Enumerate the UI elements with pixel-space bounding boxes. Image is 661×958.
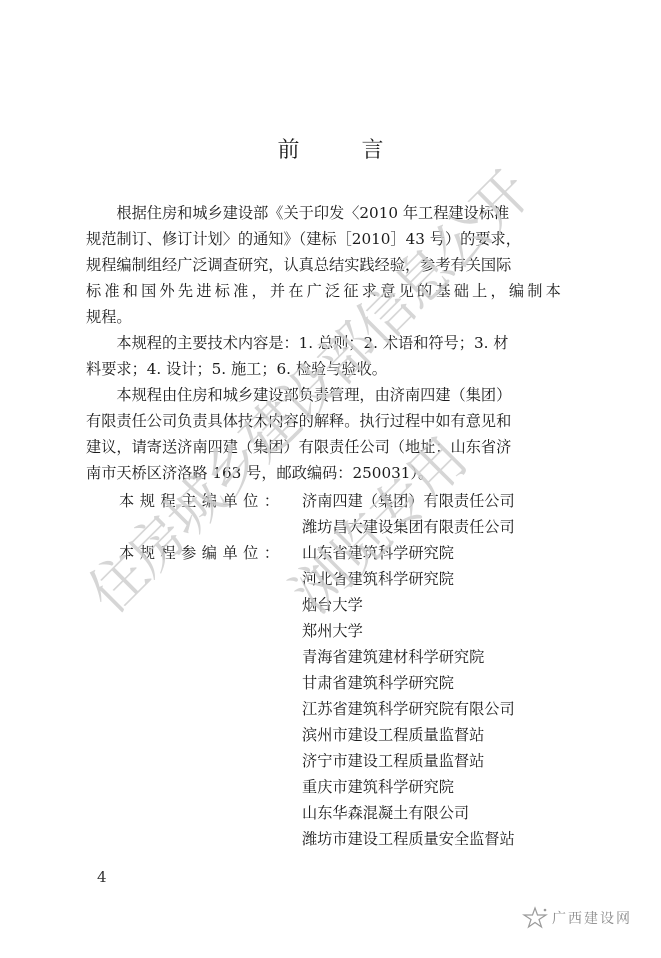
- text-line: 本规程由住房和城乡建设部负责管理，由济南四建（集团）: [86, 382, 562, 408]
- site-logo: 广西建设网: [522, 906, 632, 930]
- unit-item: 济南四建（集团）有限责任公司: [302, 488, 515, 514]
- text-line: 规范制订、修订计划〉的通知》（建标［2010］43 号）的要求，: [56, 226, 562, 252]
- unit-item: 潍坊市建设工程质量安全监督站: [302, 826, 515, 852]
- unit-item: 郑州大学: [302, 618, 515, 644]
- paragraph-3: 本规程由住房和城乡建设部负责管理，由济南四建（集团） 有限责任公司负责具体技术内…: [86, 382, 562, 486]
- text-line: 规程。: [56, 304, 562, 330]
- title-char-2: 言: [362, 133, 384, 164]
- text-line: 料要求；4. 设计；5. 施工；6. 检验与验收。: [56, 356, 562, 382]
- text-line: 南市天桥区济洛路 163 号，邮政编码：250031）。: [56, 460, 562, 486]
- unit-item: 滨州市建设工程质量监督站: [302, 722, 515, 748]
- unit-item: 山东省建筑科学研究院: [302, 540, 515, 566]
- page-title: 前言: [0, 133, 661, 164]
- star-logo-icon: [522, 906, 548, 930]
- unit-item: 济宁市建设工程质量监督站: [302, 748, 515, 774]
- unit-item: 甘肃省建筑科学研究院: [302, 670, 515, 696]
- text-line: 本规程的主要技术内容是：1. 总则；2. 术语和符号；3. 材: [86, 330, 562, 356]
- units-section: 本规程主编单位： 济南四建（集团）有限责任公司 潍坊昌大建设集团有限责任公司 本…: [86, 488, 515, 852]
- unit-item: 烟台大学: [302, 592, 515, 618]
- unit-item: 青海省建筑建材科学研究院: [302, 644, 515, 670]
- unit-item: 江苏省建筑科学研究院有限公司: [302, 696, 515, 722]
- logo-name: 广西建设网: [552, 908, 632, 928]
- participating-units: 本规程参编单位： 山东省建筑科学研究院 河北省建筑科学研究院 烟台大学 郑州大学…: [86, 540, 515, 852]
- unit-item: 潍坊昌大建设集团有限责任公司: [302, 514, 515, 540]
- unit-item: 山东华森混凝土有限公司: [302, 800, 515, 826]
- title-char-1: 前: [277, 133, 299, 164]
- text-line: 有限责任公司负责具体技术内容的解释。执行过程中如有意见和: [56, 408, 562, 434]
- text-line: 规程编制组经广泛调查研究，认真总结实践经验，参考有关国际: [56, 252, 562, 278]
- chief-units-label: 本规程主编单位：: [86, 488, 302, 540]
- unit-item: 河北省建筑科学研究院: [302, 566, 515, 592]
- chief-units: 本规程主编单位： 济南四建（集团）有限责任公司 潍坊昌大建设集团有限责任公司: [86, 488, 515, 540]
- page-number: 4: [97, 868, 107, 886]
- paragraph-1: 根据住房和城乡建设部《关于印发〈2010 年工程建设标准 规范制订、修订计划〉的…: [86, 200, 562, 330]
- text-line: 建议，请寄送济南四建（集团）有限责任公司（地址：山东省济: [56, 434, 562, 460]
- preface-body: 根据住房和城乡建设部《关于印发〈2010 年工程建设标准 规范制订、修订计划〉的…: [86, 200, 562, 486]
- participating-units-list: 山东省建筑科学研究院 河北省建筑科学研究院 烟台大学 郑州大学 青海省建筑建材科…: [302, 540, 515, 852]
- paragraph-2: 本规程的主要技术内容是：1. 总则；2. 术语和符号；3. 材 料要求；4. 设…: [86, 330, 562, 382]
- text-line: 根据住房和城乡建设部《关于印发〈2010 年工程建设标准: [86, 200, 562, 226]
- unit-item: 重庆市建筑科学研究院: [302, 774, 515, 800]
- document-page: 前言 根据住房和城乡建设部《关于印发〈2010 年工程建设标准 规范制订、修订计…: [0, 0, 661, 958]
- participating-units-label: 本规程参编单位：: [86, 540, 302, 852]
- chief-units-list: 济南四建（集团）有限责任公司 潍坊昌大建设集团有限责任公司: [302, 488, 515, 540]
- text-line: 标准和国外先进标准，并在广泛征求意见的基础上，编制本: [56, 278, 562, 304]
